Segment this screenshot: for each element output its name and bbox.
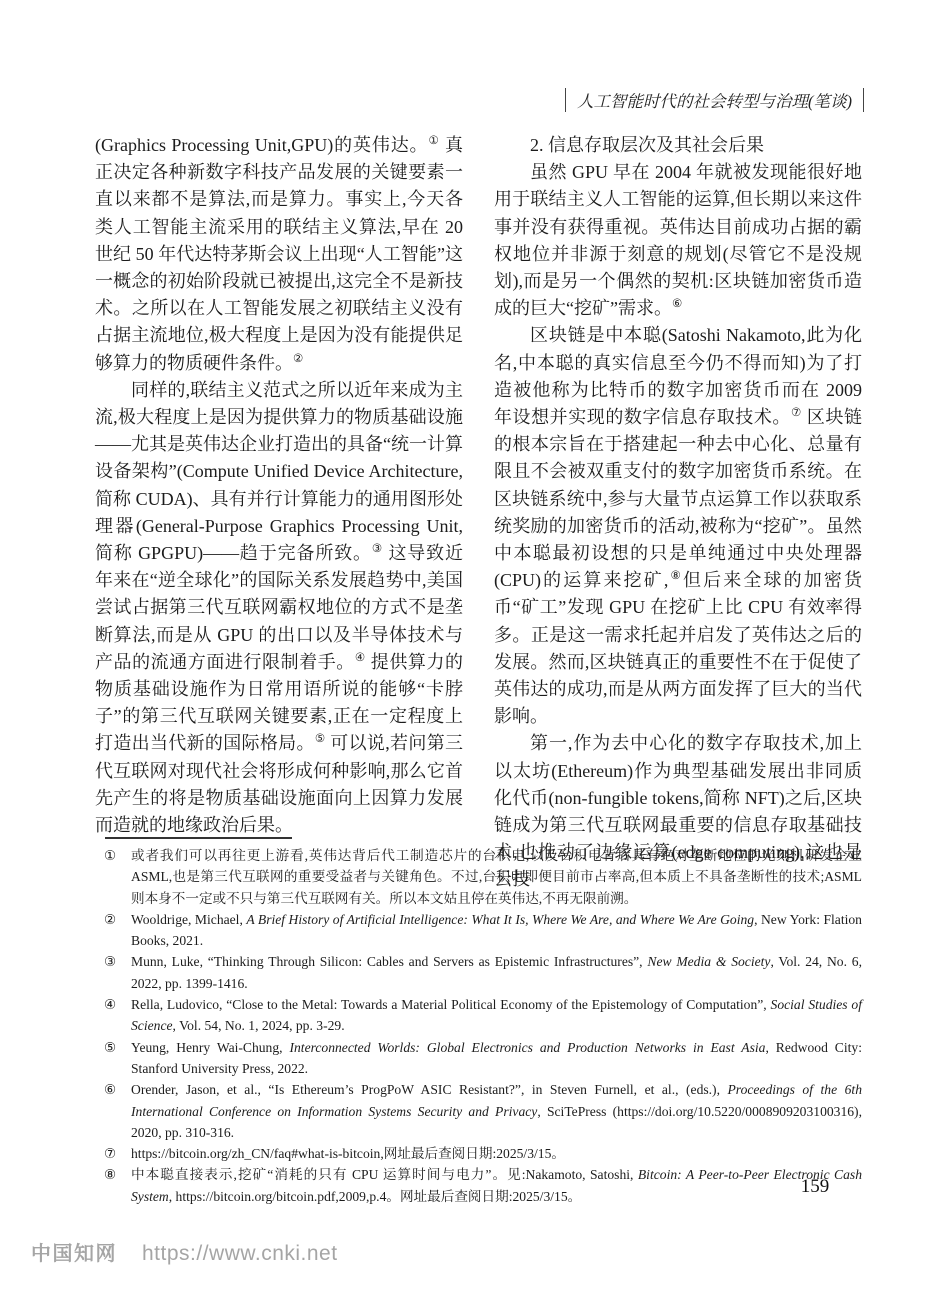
- article-body: (Graphics Processing Unit,GPU)的英伟达。① 真正决…: [95, 132, 862, 894]
- footnote-text: Yeung, Henry Wai-Chung, Interconnected W…: [131, 1037, 862, 1080]
- footnote-item: ①或者我们可以再往更上游看,英伟达背后代工制造芯片的台积电,以及台积电背后具有绝…: [104, 845, 862, 909]
- running-head: 人工智能时代的社会转型与治理(笔谈): [565, 88, 864, 112]
- footnote-text: Wooldrige, Michael, A Brief History of A…: [131, 909, 862, 952]
- footnote-ref: ①: [428, 135, 439, 147]
- footnote-item: ⑥Orender, Jason, et al., “Is Ethereum’s …: [104, 1079, 862, 1143]
- footnote-ref: ②: [293, 353, 303, 365]
- footnote-marker: ⑦: [104, 1143, 131, 1164]
- footnote-text: Munn, Luke, “Thinking Through Silicon: C…: [131, 951, 862, 994]
- body-paragraph: (Graphics Processing Unit,GPU)的英伟达。① 真正决…: [95, 132, 463, 377]
- footnote-text: Orender, Jason, et al., “Is Ethereum’s P…: [131, 1079, 862, 1143]
- footnote-text: https://bitcoin.org/zh_CN/faq#what-is-bi…: [131, 1143, 862, 1164]
- right-column: 2. 信息存取层次及其社会后果虽然 GPU 早在 2004 年就被发现能很好地用…: [494, 132, 862, 894]
- footnote-marker: ②: [104, 909, 131, 952]
- footnote-ref: ④: [355, 652, 366, 664]
- left-column: (Graphics Processing Unit,GPU)的英伟达。① 真正决…: [95, 132, 463, 894]
- footnote-item: ③Munn, Luke, “Thinking Through Silicon: …: [104, 951, 862, 994]
- journal-page: 人工智能时代的社会转型与治理(笔谈) (Graphics Processing …: [0, 0, 950, 1290]
- footnotes-section: ①或者我们可以再往更上游看,英伟达背后代工制造芯片的台积电,以及台积电背后具有绝…: [104, 845, 862, 1207]
- footnote-ref: ⑦: [791, 407, 802, 419]
- page-number: 159: [780, 1176, 850, 1198]
- header-divider-left-icon: [565, 88, 566, 112]
- italic-title: Interconnected Worlds: Global Electronic…: [289, 1040, 765, 1055]
- footnote-marker: ④: [104, 994, 131, 1037]
- footnote-marker: ③: [104, 951, 131, 994]
- footnote-text: 中本聪直接表示,挖矿“消耗的只有 CPU 运算时间与电力”。见:Nakamoto…: [131, 1164, 862, 1207]
- footnote-item: ⑧中本聪直接表示,挖矿“消耗的只有 CPU 运算时间与电力”。见:Nakamot…: [104, 1164, 862, 1207]
- footnote-item: ④Rella, Ludovico, “Close to the Metal: T…: [104, 994, 862, 1037]
- footnote-ref: ⑤: [315, 733, 326, 745]
- cnki-brand-text: 中国知网: [31, 1237, 117, 1266]
- italic-title: New Media & Society: [647, 954, 770, 969]
- footnote-marker: ⑥: [104, 1079, 131, 1143]
- body-paragraph: 虽然 GPU 早在 2004 年就被发现能很好地用于联结主义人工智能的运算,但长…: [494, 159, 862, 322]
- footnote-marker: ⑤: [104, 1037, 131, 1080]
- section-heading: 2. 信息存取层次及其社会后果: [494, 132, 862, 159]
- italic-title: A Brief History of Artificial Intelligen…: [246, 912, 754, 927]
- italic-title: Social Studies of Science: [131, 997, 862, 1033]
- footnote-ref: ⑥: [672, 298, 682, 310]
- footnote-text: 或者我们可以再往更上游看,英伟达背后代工制造芯片的台积电,以及台积电背后具有绝对…: [131, 845, 862, 909]
- cnki-watermark: 中国知网 https://www.cnki.net: [31, 1237, 338, 1266]
- footnote-separator: [105, 837, 292, 839]
- footnote-item: ⑦https://bitcoin.org/zh_CN/faq#what-is-b…: [104, 1143, 862, 1164]
- italic-title: Proceedings of the 6th International Con…: [131, 1082, 862, 1118]
- body-paragraph: 同样的,联结主义范式之所以近年来成为主流,极大程度上是因为提供算力的物质基础设施…: [95, 377, 463, 839]
- body-paragraph: 区块链是中本聪(Satoshi Nakamoto,此为化名,中本聪的真实信息至今…: [494, 322, 862, 730]
- footnote-item: ②Wooldrige, Michael, A Brief History of …: [104, 909, 862, 952]
- footnote-marker: ①: [104, 845, 131, 909]
- italic-title: Bitcoin: A Peer-to-Peer Electronic Cash …: [131, 1167, 862, 1203]
- footnote-item: ⑤Yeung, Henry Wai-Chung, Interconnected …: [104, 1037, 862, 1080]
- footnote-ref: ③: [372, 543, 383, 555]
- header-divider-right-icon: [863, 88, 864, 112]
- footnote-text: Rella, Ludovico, “Close to the Metal: To…: [131, 994, 862, 1037]
- footnote-marker: ⑧: [104, 1164, 131, 1207]
- footnote-ref: ⑧: [668, 570, 683, 582]
- cnki-url: https://www.cnki.net: [142, 1242, 338, 1266]
- running-head-title: 人工智能时代的社会转型与治理(笔谈): [577, 88, 852, 112]
